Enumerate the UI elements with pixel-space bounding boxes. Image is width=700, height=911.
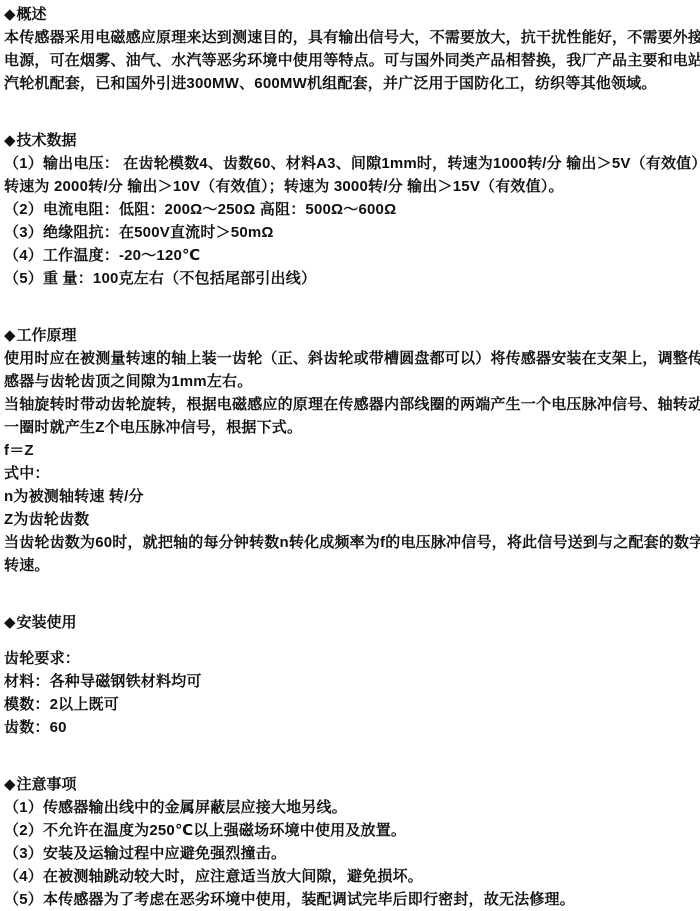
section-heading: ◆ 技术数据 bbox=[4, 129, 696, 152]
text-line: 材料：各种导磁钢铁材料均可 bbox=[4, 670, 696, 693]
diamond-bullet-icon: ◆ bbox=[4, 773, 16, 796]
section-heading: ◆ 安装使用 bbox=[4, 611, 696, 634]
text-line: Z为齿轮齿数 bbox=[4, 508, 696, 531]
text-line: 当齿轮齿数为60时，就把轴的每分钟转数n转化成频率为f的电压脉冲信号，将此信号送… bbox=[4, 531, 696, 554]
text-line: （1）传感器输出线中的金属屏蔽层应接大地另线。 bbox=[4, 796, 696, 819]
text-line: 齿轮要求： bbox=[4, 647, 696, 670]
text-line: 本传感器采用电磁感应原理来达到测速目的，具有输出信号大，不需要放大，抗干扰性能好… bbox=[4, 26, 696, 49]
section-working-principle: ◆ 工作原理 使用时应在被测量转速的轴上装一齿轮（正、斜齿轮或带槽圆盘都可以）将… bbox=[4, 324, 696, 577]
text-line: 电源，可在烟雾、油气、水汽等恶劣环境中使用等特点。可与国外同类产品相替换，我厂产… bbox=[4, 49, 696, 72]
datasheet-document: ◆ 概述 本传感器采用电磁感应原理来达到测速目的，具有输出信号大，不需要放大，抗… bbox=[0, 0, 700, 911]
text-line: 当轴旋转时带动齿轮旋转，根据电磁感应的原理在传感器内部线圈的两端产生一个电压脉冲… bbox=[4, 393, 696, 416]
text-line: n为被测轴转速 转/分 bbox=[4, 485, 696, 508]
text-line: 齿数：60 bbox=[4, 716, 696, 739]
section-technical-data: ◆ 技术数据 （1）输出电压： 在齿轮模数4、齿数60、材料A3、间隙1mm时，… bbox=[4, 129, 696, 290]
text-line: 转速。 bbox=[4, 554, 696, 577]
section-installation-use: ◆ 安装使用 齿轮要求： 材料：各种导磁钢铁材料均可 模数：2以上既可 齿数：6… bbox=[4, 611, 696, 739]
section-title: 概述 bbox=[17, 3, 47, 26]
section-title: 技术数据 bbox=[17, 129, 77, 152]
text-line: （5）重 量：100克左右（不包括尾部引出线） bbox=[4, 267, 696, 290]
text-line: （1）输出电压： 在齿轮模数4、齿数60、材料A3、间隙1mm时，转速为1000… bbox=[4, 152, 696, 175]
text-line: （3）绝缘阻抗：在500V直流时＞50mΩ bbox=[4, 221, 696, 244]
diamond-bullet-icon: ◆ bbox=[4, 129, 16, 152]
text-line: 使用时应在被测量转速的轴上装一齿轮（正、斜齿轮或带槽圆盘都可以）将传感器安装在支… bbox=[4, 347, 696, 370]
text-line: 式中： bbox=[4, 462, 696, 485]
section-heading: ◆ 概述 bbox=[4, 3, 696, 26]
section-title: 安装使用 bbox=[17, 611, 77, 634]
text-line: （5）本传感器为了考虑在恶劣环境中使用，装配调试完毕后即行密封，故无法修理。 bbox=[4, 888, 696, 911]
text-line: 转速为 2000转/分 输出＞10V（有效值）；转速为 3000转/分 输出＞1… bbox=[4, 175, 696, 198]
section-heading: ◆ 工作原理 bbox=[4, 324, 696, 347]
text-line: 感器与齿轮齿顶之间隙为1mm左右。 bbox=[4, 370, 696, 393]
section-title: 工作原理 bbox=[17, 324, 77, 347]
text-line: （4）在被测轴跳动较大时，应注意适当放大间隙，避免损坏。 bbox=[4, 865, 696, 888]
section-precautions: ◆ 注意事项 （1）传感器输出线中的金属屏蔽层应接大地另线。 （2）不允许在温度… bbox=[4, 773, 696, 911]
section-heading: ◆ 注意事项 bbox=[4, 773, 696, 796]
text-line: （4）工作温度：-20～120℃ bbox=[4, 244, 696, 267]
diamond-bullet-icon: ◆ bbox=[4, 324, 16, 347]
text-line: 汽轮机配套，已和国外引进300MW、600MW机组配套，并广泛用于国防化工，纺织… bbox=[4, 72, 696, 95]
text-line: 一圈时就产生Z个电压脉冲信号，根据下式。 bbox=[4, 416, 696, 439]
diamond-bullet-icon: ◆ bbox=[4, 3, 16, 26]
diamond-bullet-icon: ◆ bbox=[4, 611, 16, 634]
text-line: 模数：2以上既可 bbox=[4, 693, 696, 716]
section-title: 注意事项 bbox=[17, 773, 77, 796]
text-line: （2）电流电阻：低阻：200Ω～250Ω 高阻：500Ω～600Ω bbox=[4, 198, 696, 221]
text-line: （3）安装及运输过程中应避免强烈撞击。 bbox=[4, 842, 696, 865]
section-overview: ◆ 概述 本传感器采用电磁感应原理来达到测速目的，具有输出信号大，不需要放大，抗… bbox=[4, 3, 696, 95]
text-line: （2）不允许在温度为250℃以上强磁场环境中使用及放置。 bbox=[4, 819, 696, 842]
formula-line: f＝Z bbox=[4, 439, 696, 462]
